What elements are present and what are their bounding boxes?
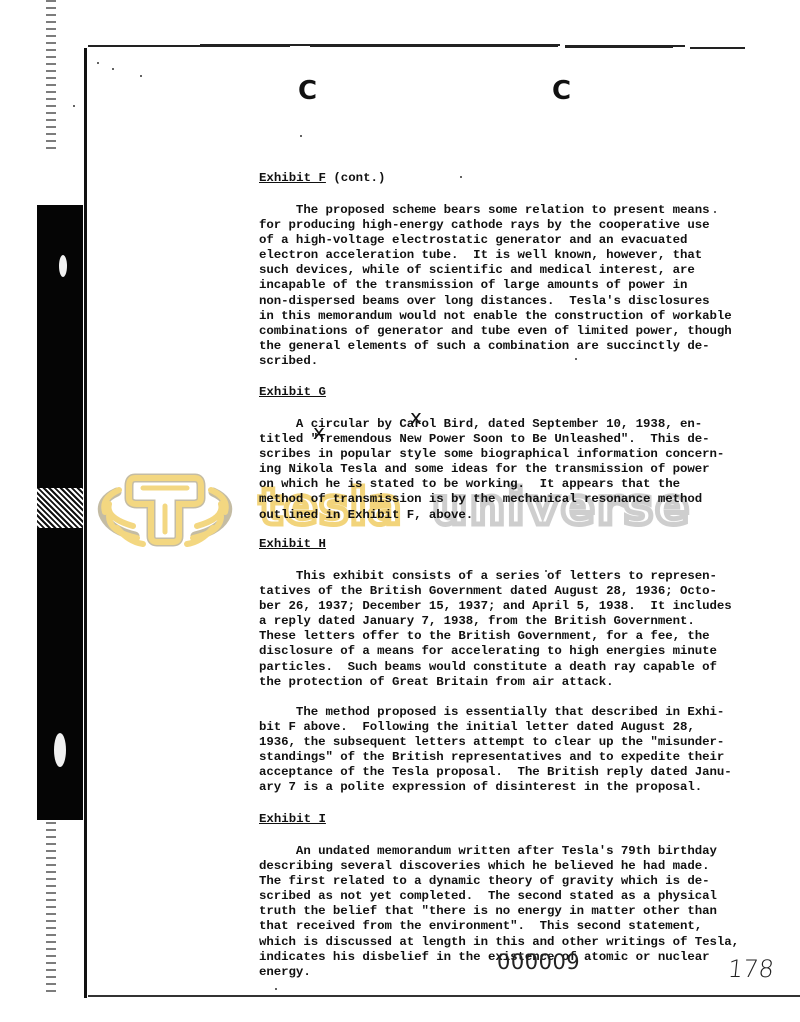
scan-noise bbox=[46, 0, 56, 150]
top-edge-line bbox=[565, 46, 673, 48]
text-line: 1936, the subsequent letters attempt to … bbox=[259, 735, 779, 750]
punch-mark: C bbox=[552, 76, 571, 106]
punch-mark: C bbox=[298, 76, 317, 106]
text-line: the protection of Great Britain from air… bbox=[259, 675, 779, 690]
scanned-document-page: C C tesla universe Exhibit F (cont.) The… bbox=[0, 0, 800, 1022]
section-exhibit-h: Exhibit H This exhibit consists of a ser… bbox=[259, 534, 779, 795]
text-line: titled "Tremendous New Power Soon to Be … bbox=[259, 432, 779, 447]
text-line: outlined in Exhibit F, above. bbox=[259, 508, 779, 523]
binding-hole bbox=[59, 255, 67, 277]
section-exhibit-g: Exhibit G A circular by Carol Bird, date… bbox=[259, 382, 779, 523]
text-line: scribes in popular style some biographic… bbox=[259, 447, 779, 462]
text-line: truth the belief that "there is no energ… bbox=[259, 904, 779, 919]
scan-noise bbox=[46, 822, 56, 992]
text-line: the general elements of such a combinati… bbox=[259, 339, 779, 354]
section-heading-suffix: (cont.) bbox=[326, 171, 386, 185]
text-line: The proposed scheme bears some relation … bbox=[259, 203, 779, 218]
text-line: The first related to a dynamic theory of… bbox=[259, 874, 779, 889]
top-edge-line bbox=[200, 45, 290, 47]
text-line: The method proposed is essentially that … bbox=[259, 705, 779, 720]
text-line: which is discussed at length in this and… bbox=[259, 935, 779, 950]
text-line: of a high-voltage electrostatic generato… bbox=[259, 233, 779, 248]
text-line: This exhibit consists of a series of let… bbox=[259, 569, 779, 584]
page-bottom-edge bbox=[88, 995, 800, 997]
text-line: non-dispersed beams over long distances.… bbox=[259, 294, 779, 309]
page-left-edge bbox=[84, 48, 87, 998]
text-line: particles. Such beams would constitute a… bbox=[259, 660, 779, 675]
text-line: These letters offer to the British Gover… bbox=[259, 629, 779, 644]
text-line: acceptance of the Tesla proposal. The Br… bbox=[259, 765, 779, 780]
section-heading: Exhibit F bbox=[259, 171, 326, 185]
binding-strip bbox=[37, 350, 83, 488]
text-line: bit F above. Following the initial lette… bbox=[259, 720, 779, 735]
section-heading: Exhibit G bbox=[259, 385, 326, 399]
page-stamp-number: 000009 bbox=[497, 950, 580, 974]
binding-strip bbox=[37, 205, 83, 350]
section-heading: Exhibit H bbox=[259, 537, 326, 551]
text-line: on which he is stated to be working. It … bbox=[259, 477, 779, 492]
handwritten-page-number: 178 bbox=[727, 955, 776, 983]
text-line: scribed as not yet completed. The second… bbox=[259, 889, 779, 904]
text-line: method of transmission is by the mechani… bbox=[259, 492, 779, 507]
binding-hole bbox=[54, 733, 66, 767]
text-line: tatives of the British Government dated … bbox=[259, 584, 779, 599]
text-line: in this memorandum would not enable the … bbox=[259, 309, 779, 324]
paragraph: The method proposed is essentially that … bbox=[259, 705, 779, 796]
text-line: that received from the environment". Thi… bbox=[259, 919, 779, 934]
handwritten-cross-mark: x bbox=[410, 405, 422, 429]
paragraph: This exhibit consists of a series of let… bbox=[259, 569, 779, 690]
text-line: describing several discoveries which he … bbox=[259, 859, 779, 874]
text-line: An undated memorandum written after Tesl… bbox=[259, 844, 779, 859]
top-edge-line bbox=[690, 47, 745, 49]
tesla-universe-logo-icon bbox=[95, 470, 235, 548]
text-line: ary 7 is a polite expression of disinter… bbox=[259, 780, 779, 795]
text-line: such devices, while of scientific and me… bbox=[259, 263, 779, 278]
text-line: scribed. bbox=[259, 354, 779, 369]
text-line: ing Nikola Tesla and some ideas for the … bbox=[259, 462, 779, 477]
text-line: combinations of generator and tube even … bbox=[259, 324, 779, 339]
paragraph: The proposed scheme bears some relation … bbox=[259, 203, 779, 369]
handwritten-cross-mark: x bbox=[313, 420, 325, 444]
binding-strip bbox=[37, 528, 83, 820]
binding-strip-noise bbox=[37, 488, 83, 528]
text-line: A circular by Carol Bird, dated Septembe… bbox=[259, 417, 779, 432]
section-exhibit-f: Exhibit F (cont.) The proposed scheme be… bbox=[259, 168, 779, 369]
top-edge-line bbox=[310, 45, 558, 47]
text-line: for producing high-energy cathode rays b… bbox=[259, 218, 779, 233]
text-line: a reply dated January 7, 1938, from the … bbox=[259, 614, 779, 629]
text-line: incapable of the transmission of large a… bbox=[259, 278, 779, 293]
text-line: standings" of the British representative… bbox=[259, 750, 779, 765]
paragraph: A circular by Carol Bird, dated Septembe… bbox=[259, 417, 779, 523]
text-line: electron acceleration tube. It is well k… bbox=[259, 248, 779, 263]
text-line: ber 26, 1937; December 15, 1937; and Apr… bbox=[259, 599, 779, 614]
text-line: disclosure of a means for accelerating t… bbox=[259, 644, 779, 659]
section-heading: Exhibit I bbox=[259, 812, 326, 826]
